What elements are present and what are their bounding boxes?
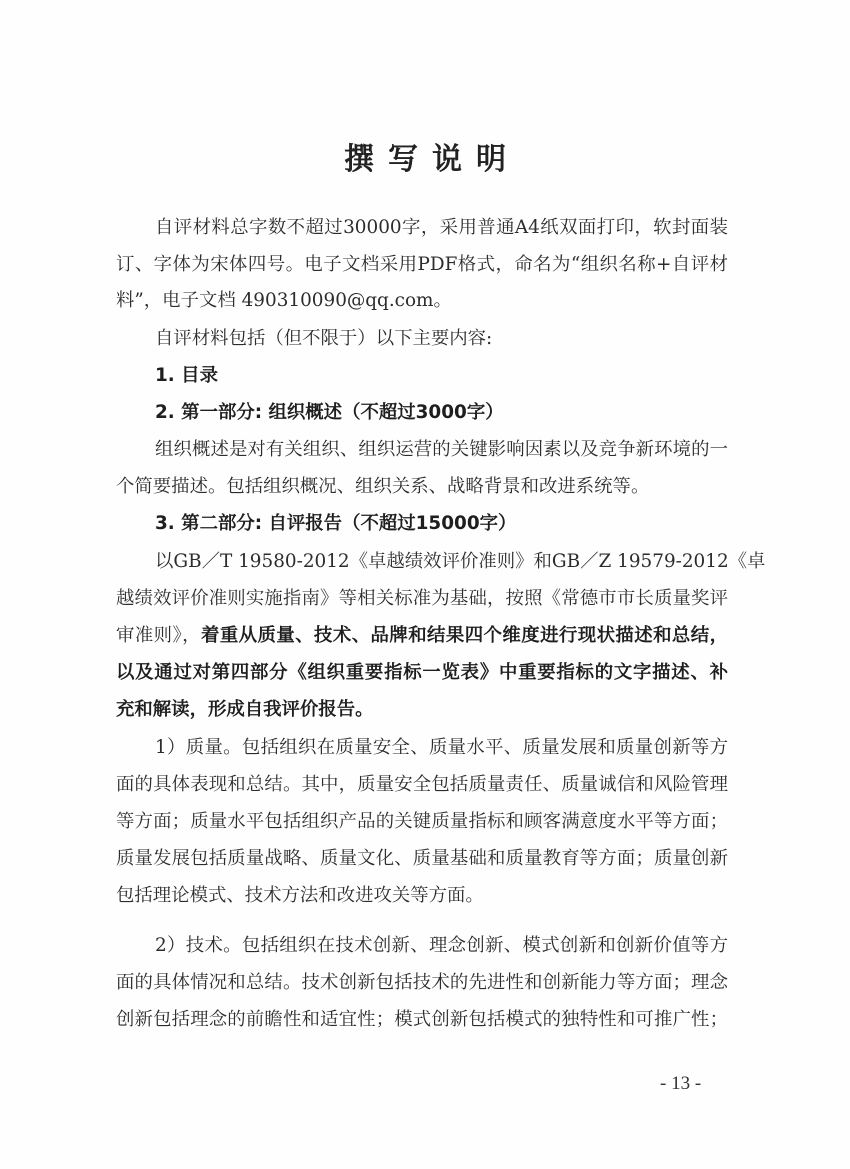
paragraph-line: 面的具体情况和总结。技术创新包括技术的先进性和创新能力等方面；理念 (116, 971, 728, 995)
paragraph-line: 订、字体为宋体四号。电子文档采用PDF格式，命名为“组织名称+自评材 (116, 253, 728, 277)
paragraph-line: 等方面；质量水平包括组织产品的关键质量指标和顾客满意度水平等方面； (116, 810, 728, 834)
paragraph-line: 组织概述是对有关组织、组织运营的关键影响因素以及竞争新环境的一 (155, 438, 728, 462)
paragraph-line: 面的具体表现和总结。其中，质量安全包括质量责任、质量诚信和风险管理 (116, 773, 728, 797)
paragraph-line: 2）技术。包括组织在技术创新、理念创新、模式创新和创新价值等方 (155, 934, 728, 958)
emphasis-text: 着重从质量、技术、品牌和结果四个维度进行现状描述和总结， (201, 625, 728, 646)
paragraph-line: 3. 第二部分: 自评报告（不超过15000字） (155, 512, 728, 536)
paragraph-line: 自评材料总字数不超过30000字，采用普通A4纸双面打印，软封面装 (155, 216, 728, 240)
paragraph-line: 越绩效评价准则实施指南》等相关标准为基础，按照《常德市市长质量奖评 (116, 587, 728, 611)
line-text: 审准则》， (116, 625, 201, 646)
paragraph-line: 质量发展包括质量战略、质量文化、质量基础和质量教育等方面；质量创新 (116, 847, 728, 871)
paragraph-line: 以GB／T 19580-2012《卓越绩效评价准则》和GB／Z 19579-20… (155, 550, 728, 574)
paragraph-line: 充和解读，形成自我评价报告。 (116, 698, 728, 722)
page-number: - 13 - (660, 1073, 701, 1095)
paragraph-line: 个简要描述。包括组织概况、组织关系、战略背景和改进系统等。 (116, 475, 728, 499)
paragraph-line: 创新包括理念的前瞻性和适宜性；模式创新包括模式的独特性和可推广性； (116, 1008, 728, 1032)
paragraph-line: 2. 第一部分: 组织概述（不超过3000字） (155, 401, 728, 425)
paragraph-line: 审准则》，着重从质量、技术、品牌和结果四个维度进行现状描述和总结， (116, 624, 728, 648)
paragraph-line: 料”，电子文档 490310090@qq.com。 (116, 289, 728, 313)
page-title: 撰写说明 (0, 134, 850, 178)
paragraph-line: 1. 目录 (155, 364, 728, 388)
paragraph-line: 自评材料包括（但不限于）以下主要内容: (155, 327, 728, 351)
paragraph-line: 以及通过对第四部分《组织重要指标一览表》中重要指标的文字描述、补 (116, 661, 728, 685)
paragraph-line: 包括理论模式、技术方法和改进攻关等方面。 (116, 884, 728, 908)
document-page: 撰写说明 自评材料总字数不超过30000字，采用普通A4纸双面打印，软封面装订、… (0, 0, 850, 1169)
paragraph-line: 1）质量。包括组织在质量安全、质量水平、质量发展和质量创新等方 (155, 736, 728, 760)
